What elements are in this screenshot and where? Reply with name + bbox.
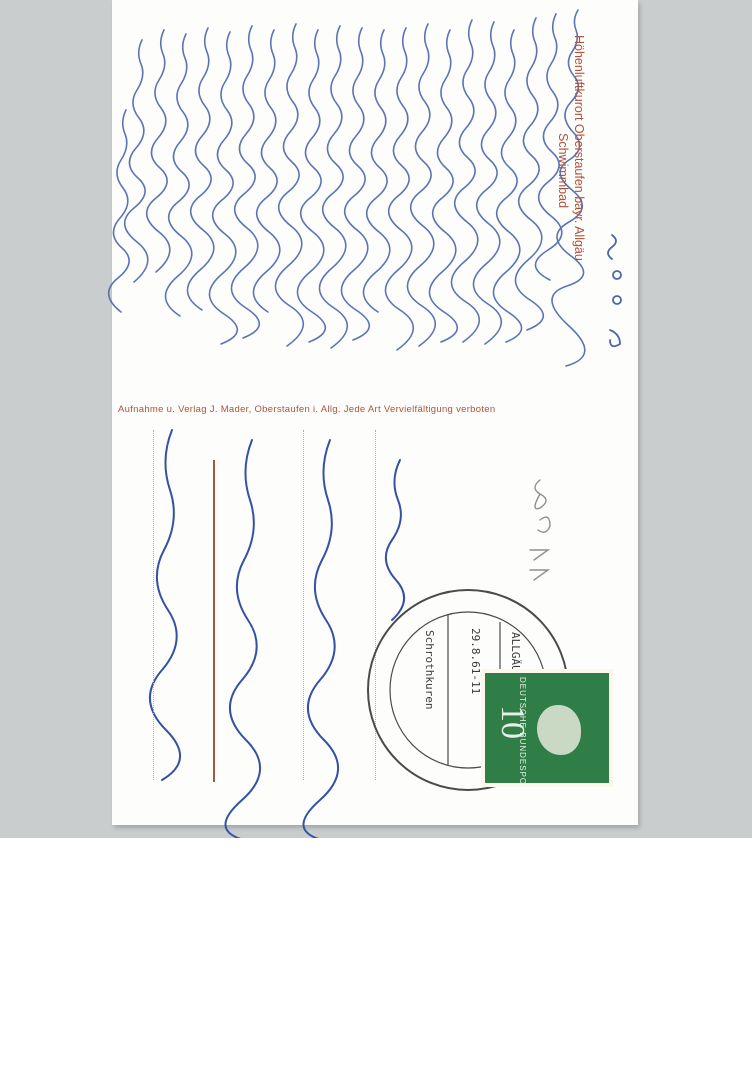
postage-stamp: 10 DEUTSCHE BUNDESPOST (481, 669, 613, 787)
stamp-portrait (537, 705, 581, 755)
postmark-center-text: Schrothkuren (423, 630, 436, 709)
postmark-region: ALLGÄU (509, 632, 522, 672)
postmark: 29.8.61-11 Schrothkuren ALLGÄU (0, 0, 752, 838)
stamp-country: DEUTSCHE BUNDESPOST (518, 677, 527, 783)
stamp-face: 10 DEUTSCHE BUNDESPOST (485, 673, 609, 783)
